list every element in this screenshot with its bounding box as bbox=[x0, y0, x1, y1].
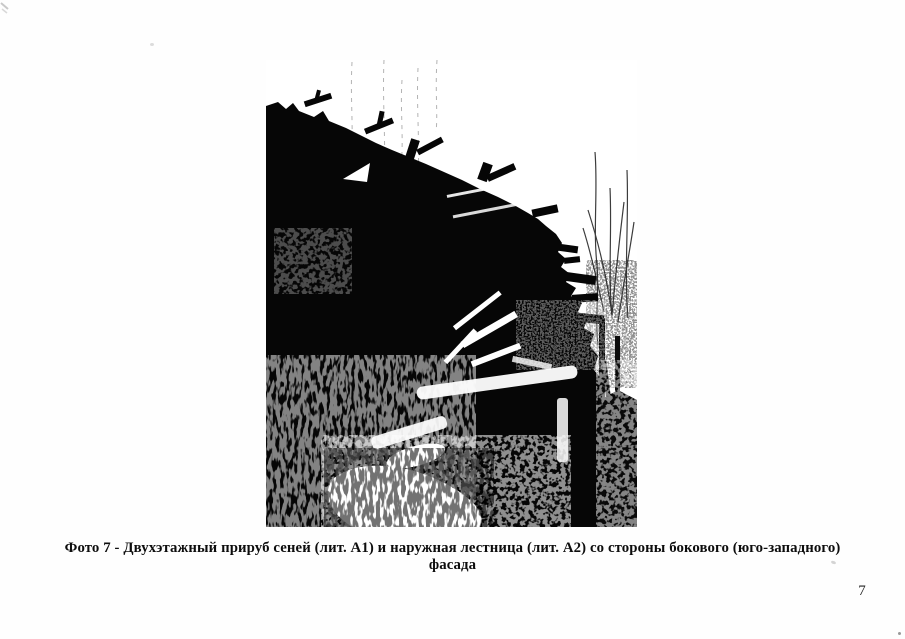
scan-speck bbox=[898, 632, 901, 635]
grass-over-patches bbox=[324, 448, 494, 527]
scan-scratch bbox=[0, 0, 18, 18]
photo-caption: Фото 7 - Двухэтажный прируб сеней (лит. … bbox=[55, 540, 850, 574]
document-page: Фото 7 - Двухэтажный прируб сеней (лит. … bbox=[0, 0, 905, 639]
wall-texture bbox=[274, 228, 352, 294]
photo-canvas bbox=[266, 60, 637, 527]
page-number: 7 bbox=[852, 583, 872, 600]
photo-figure bbox=[266, 60, 637, 527]
caption-line-1: Фото 7 - Двухэтажный прируб сеней (лит. … bbox=[55, 540, 850, 557]
scan-speck bbox=[150, 43, 154, 46]
caption-line-2: фасада bbox=[55, 557, 850, 574]
